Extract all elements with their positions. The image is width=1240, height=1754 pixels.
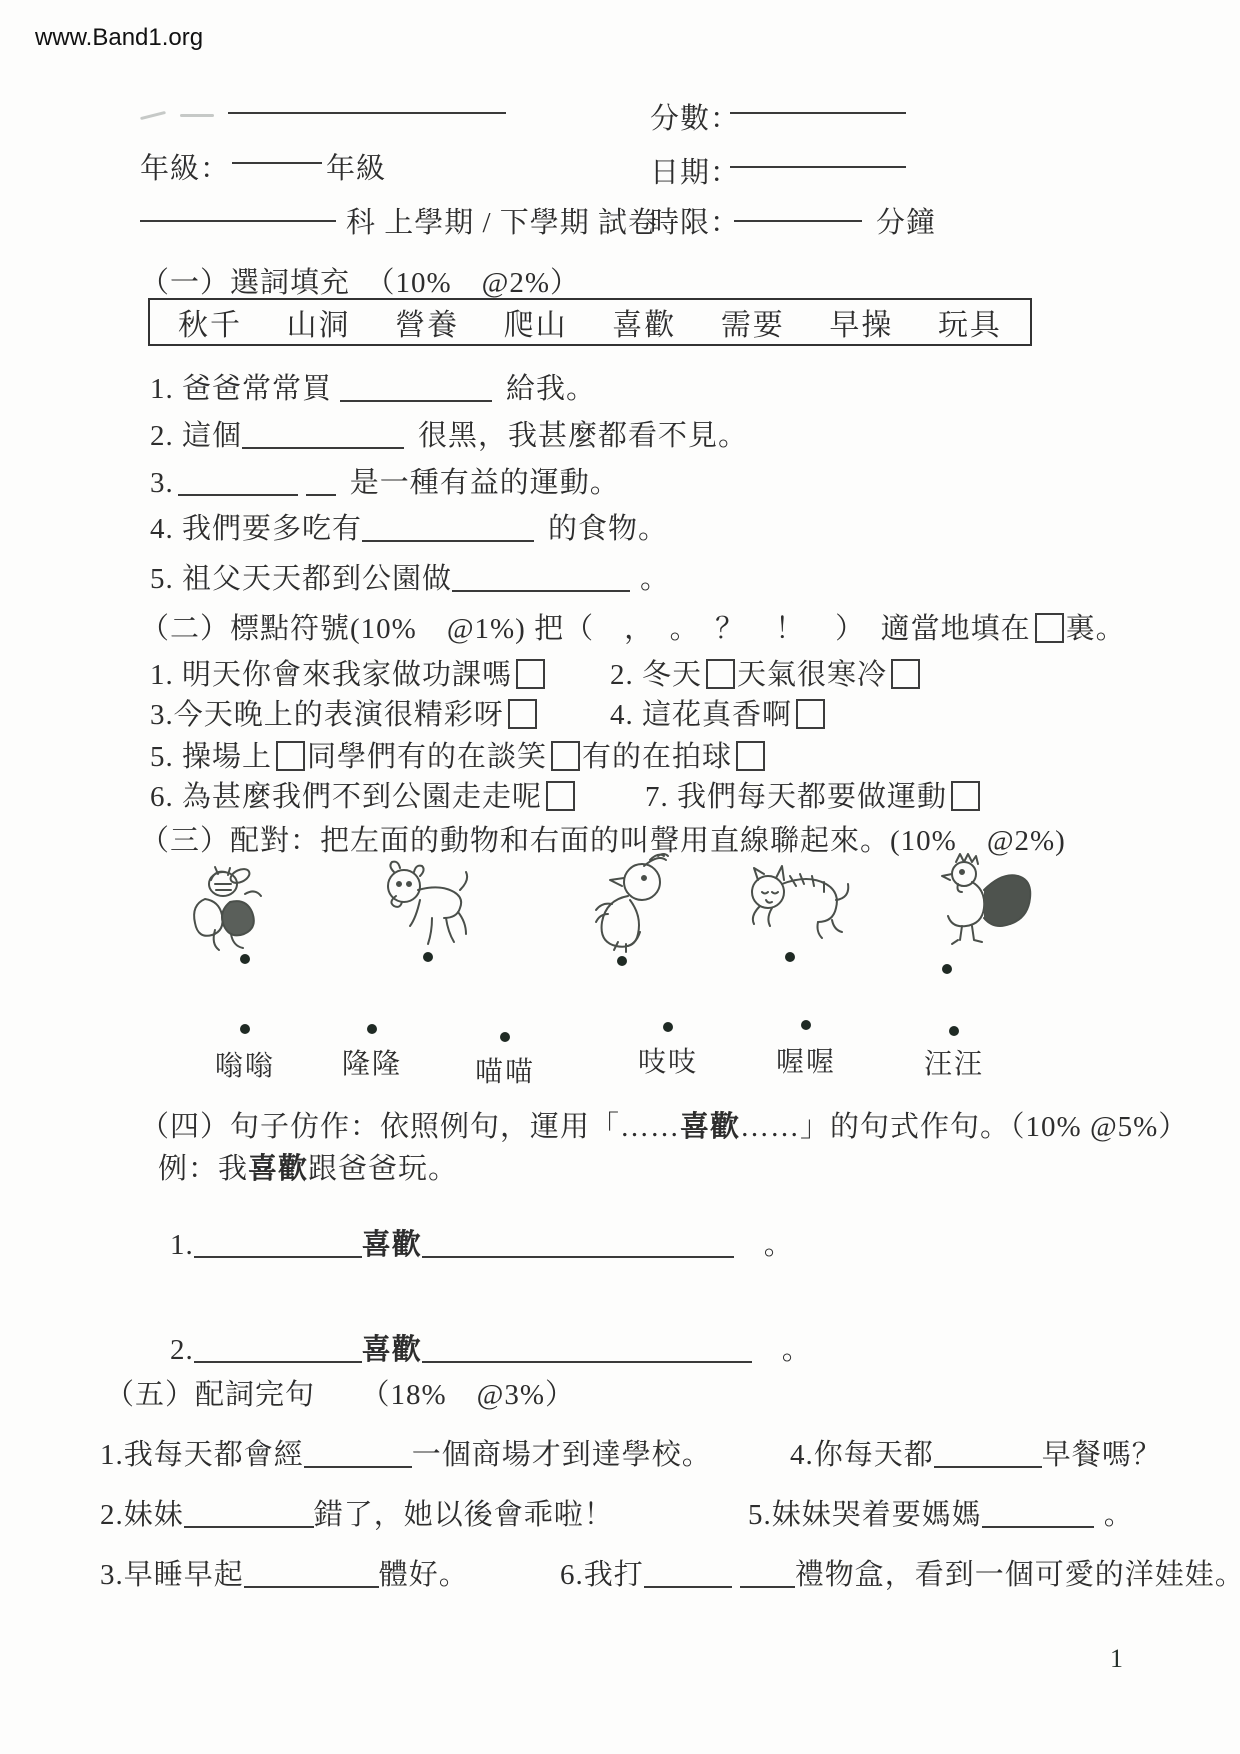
score-blank-line <box>730 112 906 114</box>
answer-blank <box>452 561 630 592</box>
rooster-illustration <box>928 846 1043 951</box>
punctuation-box <box>951 781 980 811</box>
answer-blank <box>934 1437 1042 1468</box>
match-dot-animal <box>942 964 952 974</box>
grade-blank-line <box>232 162 322 164</box>
punctuation-box <box>796 699 825 729</box>
sound-label: 汪汪 <box>899 1042 1009 1082</box>
word-bank-item: 需要 <box>721 300 785 344</box>
sound-label: 吱吱 <box>613 1040 723 1080</box>
word-bank-item: 喜歡 <box>612 300 676 344</box>
answer-blank <box>178 465 298 496</box>
match-dot-sound <box>500 1032 510 1042</box>
fill-in-sentence: 4. 我們要多吃有的食物。 <box>150 506 668 547</box>
match-dot-animal <box>423 952 433 962</box>
answer-blank <box>644 1557 732 1588</box>
punctuation-box <box>516 659 545 689</box>
punctuation-sentence: 5. 操場上同學們有的在談笑有的在拍球 <box>150 734 767 775</box>
word-bank-item: 山洞 <box>287 300 351 344</box>
word-bank-item: 早操 <box>829 300 893 344</box>
cat-illustration <box>738 860 858 945</box>
punctuation-box <box>1035 613 1064 643</box>
answer-blank <box>740 1557 795 1588</box>
answer-blank <box>194 1227 362 1258</box>
bee-on-flowers-illustration <box>185 854 300 954</box>
fill-in-sentence: 1.我每天都會經一個商場才到達學校。 <box>100 1432 712 1473</box>
fill-in-sentence: 1. 爸爸常常買給我。 <box>150 366 596 407</box>
answer-blank <box>362 511 534 542</box>
word-bank-item: 爬山 <box>504 300 568 344</box>
punctuation-box <box>508 699 537 729</box>
sound-label: 嗡嗡 <box>190 1044 300 1084</box>
section4-title: （四）句子仿作：依照例句，運用「……喜歡……」的句式作句。（10% @5%） <box>140 1104 1188 1145</box>
answer-blank <box>244 1557 379 1588</box>
fill-in-sentence: 6.我打禮物盒，看到一個可愛的洋娃娃。 <box>560 1552 1240 1593</box>
subject-suffix: 科 上學期 / 下學期 試卷 <box>346 200 658 241</box>
name-blank-line <box>228 112 506 114</box>
answer-blank <box>422 1332 752 1363</box>
sound-label: 喵喵 <box>450 1050 560 1090</box>
time-label: 時限： <box>650 200 740 241</box>
sentence-writing-item: 1.喜歡。 <box>170 1222 794 1263</box>
match-dot-sound <box>240 1024 250 1034</box>
fill-in-sentence: 2. 這個很黑，我甚麼都看不見。 <box>150 413 748 454</box>
fill-in-sentence: 3.是一種有益的運動。 <box>150 460 620 501</box>
punctuation-box <box>891 659 920 689</box>
date-label: 日期： <box>650 150 740 191</box>
fill-in-sentence: 4.你每天都早餐嗎？ <box>790 1432 1162 1473</box>
punctuation-box <box>706 659 735 689</box>
punctuation-sentence: 4. 這花真香啊 <box>610 692 827 733</box>
punctuation-box <box>276 741 305 771</box>
grade-label: 年級： <box>140 146 230 187</box>
match-dot-animal <box>240 954 250 964</box>
fill-in-sentence: 3.早睡早起體好。 <box>100 1552 469 1593</box>
answer-blank <box>306 465 336 496</box>
section5-title: （五）配詞完句 （18% @3%） <box>105 1372 575 1413</box>
section2-title: （二）標點符號(10% @1%) 把（ ， 。 ？ ！ ） 適當地填在裏。 <box>140 606 1126 647</box>
punctuation-box <box>546 781 575 811</box>
time-suffix: 分鐘 <box>876 200 936 241</box>
punctuation-sentence: 7. 我們每天都要做運動 <box>645 774 982 815</box>
answer-blank <box>242 418 404 449</box>
chick-illustration <box>572 848 692 953</box>
punctuation-box <box>551 741 580 771</box>
sound-label: 喔喔 <box>751 1040 861 1080</box>
puppy-illustration <box>372 860 487 950</box>
answer-blank <box>422 1227 734 1258</box>
date-blank-line <box>730 166 906 168</box>
answer-blank <box>194 1332 362 1363</box>
punctuation-box <box>736 741 765 771</box>
site-watermark: www.Band1.org <box>35 24 203 52</box>
match-dot-animal <box>785 952 795 962</box>
punctuation-sentence: 6. 為甚麼我們不到公園走走呢 <box>150 774 577 815</box>
answer-blank <box>304 1437 412 1468</box>
punctuation-sentence: 1. 明天你會來我家做功課嗎 <box>150 652 547 693</box>
match-dot-sound <box>367 1024 377 1034</box>
sound-label: 隆隆 <box>317 1042 427 1082</box>
section1-title: （一）選詞填充 （10% @2%） <box>140 260 580 301</box>
page-number: 1 <box>1110 1644 1123 1674</box>
answer-blank <box>340 371 492 402</box>
match-dot-animal <box>617 956 627 966</box>
word-bank-item: 秋千 <box>178 300 242 344</box>
time-blank-line <box>734 220 862 222</box>
grade-suffix: 年級 <box>326 146 386 187</box>
score-label: 分數： <box>650 96 740 137</box>
fill-in-sentence: 5.妹妹哭着要媽媽。 <box>748 1492 1134 1533</box>
word-bank-item: 玩具 <box>938 300 1002 344</box>
match-dot-sound <box>949 1026 959 1036</box>
answer-blank <box>184 1497 314 1528</box>
word-bank-box: 秋千 山洞 營養 爬山 喜歡 需要 早操 玩具 <box>148 298 1032 346</box>
fill-in-sentence: 2.妹妹錯了，她以後會乖啦！ <box>100 1492 614 1533</box>
match-dot-sound <box>801 1020 811 1030</box>
scanned-exam-page: www.Band1.org 分數： 年級： 年級 日期： 科 上學期 / 下學期… <box>0 0 1240 1754</box>
match-dot-sound <box>663 1022 673 1032</box>
section4-example: 例：我喜歡跟爸爸玩。 <box>158 1146 458 1187</box>
faded-name-label <box>140 108 220 124</box>
punctuation-sentence: 2. 冬天天氣很寒冷 <box>610 652 922 693</box>
punctuation-sentence: 3.今天晚上的表演很精彩呀 <box>150 692 539 733</box>
answer-blank <box>982 1497 1094 1528</box>
fill-in-sentence: 5. 祖父天天都到公園做。 <box>150 556 670 597</box>
subject-blank-line <box>140 220 336 222</box>
sentence-writing-item: 2.喜歡。 <box>170 1327 812 1368</box>
word-bank-item: 營養 <box>395 300 459 344</box>
